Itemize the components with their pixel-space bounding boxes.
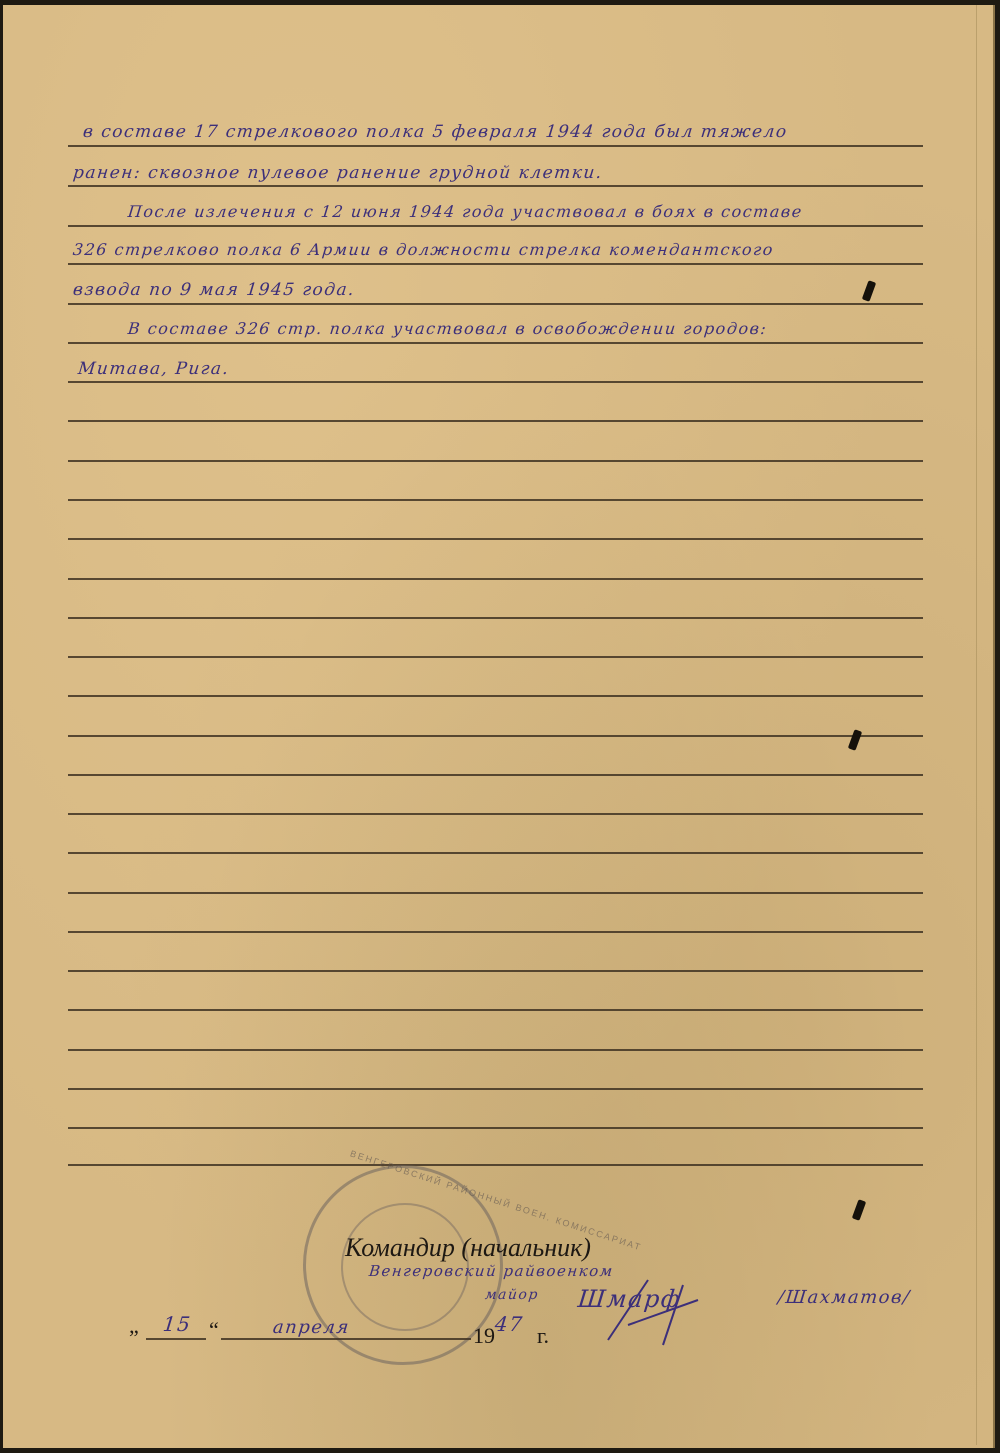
rule-line xyxy=(68,225,923,227)
rule-line xyxy=(68,538,923,540)
rule-line xyxy=(68,1009,923,1011)
rule-line xyxy=(68,892,923,894)
date-year-prefix: 19 xyxy=(473,1323,495,1349)
body-line-5: взвода по 9 мая 1945 года. xyxy=(72,280,356,300)
body-line-4: 326 стрелково полка 6 Армии в должности … xyxy=(72,240,775,259)
date-month: апреля xyxy=(272,1317,351,1338)
rule-line xyxy=(68,1088,923,1090)
rule-line xyxy=(68,774,923,776)
body-line-6: В составе 326 стр. полка участвовал в ос… xyxy=(127,319,768,338)
tear-mark xyxy=(852,1199,866,1221)
rule-line xyxy=(68,1049,923,1051)
document-page: в составе 17 стрелкового полка 5 февраля… xyxy=(3,5,995,1448)
date-day-underline xyxy=(146,1338,206,1340)
date-open-quote: „ xyxy=(129,1313,139,1339)
body-line-2: ранен: сквозное пулевое ранение грудной … xyxy=(72,163,604,183)
signatory-name: /Шахматов/ xyxy=(777,1287,912,1308)
rule-line xyxy=(68,931,923,933)
rule-line xyxy=(68,970,923,972)
body-line-7: Митава, Рига. xyxy=(77,359,231,379)
rule-line xyxy=(68,695,923,697)
rule-line xyxy=(68,420,923,422)
date-day: 15 xyxy=(162,1312,193,1336)
rule-line xyxy=(68,735,923,737)
rule-line xyxy=(68,263,923,265)
rule-line xyxy=(68,813,923,815)
date-year-suffix: 47 xyxy=(494,1312,525,1336)
rule-line xyxy=(68,852,923,854)
signature-rank: майор xyxy=(484,1287,540,1303)
rule-line xyxy=(68,1127,923,1129)
rule-line xyxy=(68,303,923,305)
signature-organization: Венгеровский райвоенком xyxy=(368,1262,615,1280)
rule-line xyxy=(68,145,923,147)
page-fold-edge xyxy=(976,5,977,1445)
rule-line xyxy=(68,381,923,383)
rule-line xyxy=(68,578,923,580)
tear-mark xyxy=(862,280,876,302)
date-year-unit: г. xyxy=(537,1323,549,1349)
signature-flourish xyxy=(588,1270,728,1350)
rule-line xyxy=(68,460,923,462)
rule-line xyxy=(68,617,923,619)
stamp-text: ВЕНГЕРОВСКИЙ РАЙОННЫЙ ВОЕН. КОМИССАРИАТ xyxy=(349,1148,523,1213)
rule-line xyxy=(68,342,923,344)
date-close-quote: “ xyxy=(209,1317,219,1343)
body-line-3: После излечения с 12 июня 1944 года учас… xyxy=(127,202,804,221)
rule-line xyxy=(68,185,923,187)
signature-title: Командир (начальник) xyxy=(345,1233,591,1263)
body-line-1: в составе 17 стрелкового полка 5 февраля… xyxy=(82,122,789,142)
rule-line xyxy=(68,656,923,658)
tear-mark xyxy=(848,729,862,751)
date-month-underline xyxy=(221,1338,471,1340)
rule-line xyxy=(68,499,923,501)
rule-line xyxy=(68,1164,923,1166)
